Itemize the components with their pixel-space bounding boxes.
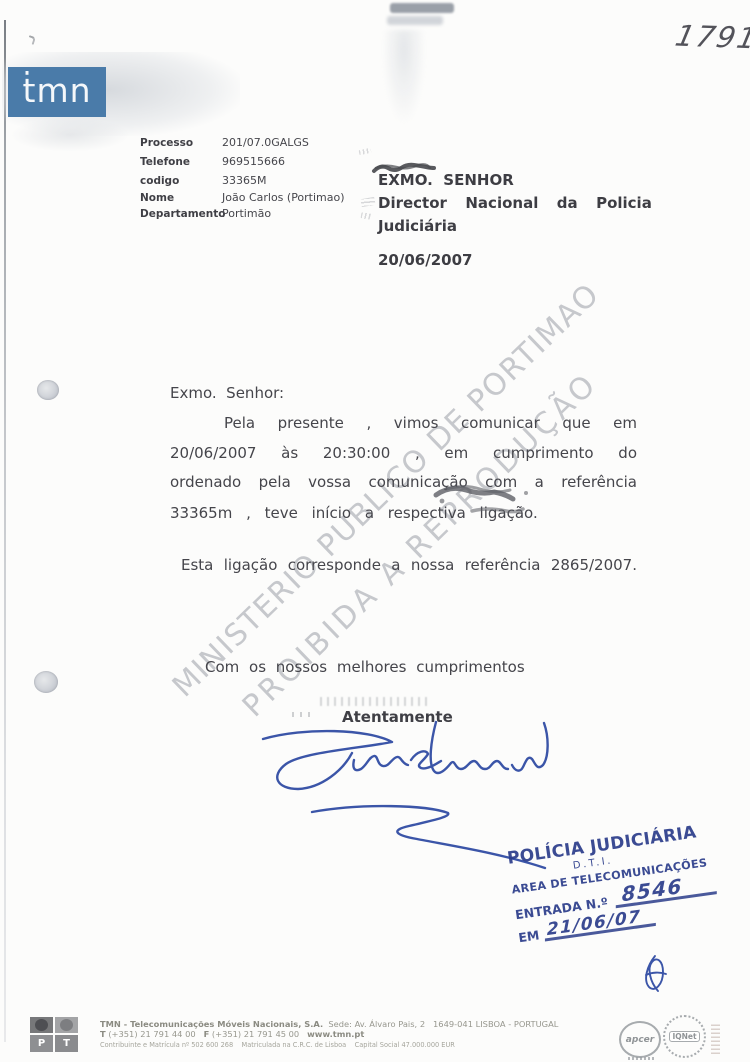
body-salutation: Exmo. Senhor: [170, 384, 637, 402]
scan-smudge [10, 118, 130, 152]
pt-logo: P T [30, 1017, 80, 1053]
tmn-logo-text: ṫmn [23, 74, 92, 111]
pt-logo-letter-t: T [55, 1035, 78, 1052]
scan-smudge [387, 16, 443, 25]
apcer-cert-label: apcer [626, 1035, 654, 1045]
tmn-logo: ṫmn [8, 67, 106, 117]
iqnet-cert-label: IQNet [669, 1031, 699, 1042]
apcer-cert-logo: apcer [619, 1021, 661, 1058]
footer-company-name: TMN - Telecomunicações Móveis Nacionais,… [100, 1019, 323, 1029]
pencil-mark [360, 197, 375, 207]
field-value-processo: 201/07.0GALGS [222, 136, 309, 149]
cert-small-print [628, 1057, 654, 1060]
pt-logo-circle-right [55, 1017, 78, 1033]
field-label-processo: Processo [140, 137, 193, 149]
recipient-line-3: Judiciária [378, 217, 457, 235]
body-para1-line3: ordenado pela vossa comunicação com a re… [170, 473, 637, 491]
ink-blot [428, 481, 553, 521]
letter-date: 20/06/2007 [378, 251, 472, 269]
scan-edge-line [4, 20, 6, 1042]
recipient-line-1: EXMO. SENHOR [378, 171, 514, 189]
pen-corner-mark [27, 35, 36, 45]
handwritten-initials [638, 950, 678, 998]
body-para1-line4: 33365m , teve início a respectiva ligaçã… [170, 504, 637, 522]
field-label-nome: Nome [140, 192, 174, 204]
field-value-departamento: Portimão [222, 207, 271, 220]
field-value-telefone: 969515666 [222, 155, 285, 168]
pencil-mark [361, 212, 372, 219]
body-para1-line1: Pela presente , vimos comunicar que em [170, 414, 637, 432]
footer-contact-line: T (+351) 21 791 44 00 F (+351) 21 791 45… [100, 1029, 364, 1039]
iqnet-cert-logo: IQNet [663, 1015, 706, 1058]
pt-logo-circle-left [30, 1017, 53, 1033]
field-label-departamento: Departamento [140, 208, 226, 220]
punch-hole [37, 380, 59, 400]
field-value-codigo: 33365M [222, 174, 266, 187]
stamp-em-label: EM [517, 927, 540, 945]
handwritten-page-number: 1791 [672, 19, 750, 56]
footer-legal-line: Contribuinte e Matrícula nº 502 600 268 … [100, 1041, 455, 1049]
footer-website: www.tmn.pt [307, 1029, 364, 1039]
scanned-letter-page: MINISTERIO PUBLICO DE PORTIMAO PROIBIDA … [0, 0, 750, 1062]
pencil-mark [359, 148, 372, 155]
footer-t-value: (+351) 21 791 44 00 [108, 1029, 195, 1039]
footer-company-line: TMN - Telecomunicações Móveis Nacionais,… [100, 1019, 558, 1029]
closing-line: Com os nossos melhores cumprimentos [205, 658, 535, 676]
punch-hole [34, 671, 58, 693]
footer-postal: 1649-041 LISBOA - PORTUGAL [433, 1019, 558, 1029]
field-label-telefone: Telefone [140, 156, 190, 168]
scan-smudge [390, 3, 454, 13]
body-para1-line2: 20/06/2007 às 20:30:00 , em cumprimento … [170, 444, 637, 462]
pt-logo-letter-p: P [30, 1035, 53, 1052]
cert-serial-vertical-text [711, 1022, 720, 1054]
field-value-nome: João Carlos (Portimao) [222, 191, 345, 204]
footer-f-value: (+351) 21 791 45 00 [212, 1029, 299, 1039]
scan-smudge [382, 30, 426, 126]
footer-address: Sede: Av. Álvaro Pais, 2 [328, 1019, 425, 1029]
body-para2: Esta ligação corresponde a nossa referên… [181, 556, 637, 574]
field-label-codigo: codigo [140, 175, 179, 187]
recipient-line-2: Director Nacional da Policia [378, 194, 652, 212]
